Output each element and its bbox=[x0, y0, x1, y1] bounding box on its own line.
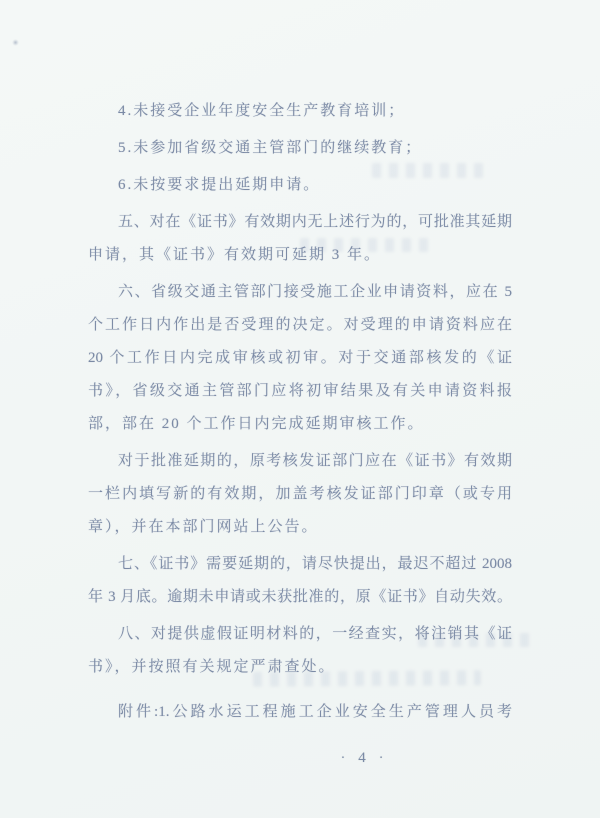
text-line: 书》，并按照有关规定严肃查处。 bbox=[88, 651, 512, 684]
list-item-6: 6.未按要求提出延期申请。 bbox=[88, 169, 512, 202]
text-line: 五、对在《证书》有效期内无上述行为的，可批准其延期 bbox=[88, 206, 512, 239]
text-line: 六、省级交通主管部门接受施工企业申请资料，应在 5 bbox=[88, 276, 512, 309]
page-number-right-dot: · bbox=[379, 742, 384, 775]
text-line: 书》，省级交通主管部门应将初审结果及有关申请资料报 bbox=[88, 375, 512, 408]
scanned-document-page: 4.未接受企业年度安全生产教育培训；5.未参加省级交通主管部门的继续教育；6.未… bbox=[0, 0, 600, 818]
para-approved-renewal-procedure: 对于批准延期的，原考核发证部门应在《证书》有效期一栏内填写新的有效期，加盖考核发… bbox=[88, 445, 512, 544]
page-number: 4 bbox=[358, 742, 366, 775]
text-line: 个工作日内作出是否受理的决定。对受理的申请资料应在 bbox=[88, 309, 512, 342]
text-line: 年 3 月底。逾期未申请或未获批准的，原《证书》自动失效。 bbox=[88, 581, 512, 614]
list-item-4: 4.未接受企业年度安全生产教育培训； bbox=[88, 95, 512, 128]
text-line: 4.未接受企业年度安全生产教育培训； bbox=[88, 95, 512, 128]
text-line: 八、对提供虚假证明材料的，一经查实，将注销其《证 bbox=[88, 618, 512, 651]
text-line: 章），并在本部门网站上公告。 bbox=[88, 511, 512, 544]
text-line: 一栏内填写新的有效期，加盖考核发证部门印章（或专用 bbox=[88, 478, 512, 511]
text-line: 部，部在 20 个工作日内完成延期审核工作。 bbox=[88, 408, 512, 441]
list-item-5: 5.未参加省级交通主管部门的继续教育； bbox=[88, 132, 512, 165]
page-footer: · 4 · bbox=[88, 742, 574, 775]
section-5-renewal-eligibility: 五、对在《证书》有效期内无上述行为的，可批准其延期申请，其《证书》有效期可延期 … bbox=[88, 206, 512, 272]
section-8-false-materials: 八、对提供虚假证明材料的，一经查实，将注销其《证书》，并按照有关规定严肃查处。 bbox=[88, 618, 512, 684]
scan-speck-artifact bbox=[12, 39, 19, 46]
text-line: 20 个工作日内完成审核或初审。对于交通部核发的《证 bbox=[88, 342, 512, 375]
page-number-left-dot: · bbox=[341, 742, 346, 775]
text-line: 申请，其《证书》有效期可延期 3 年。 bbox=[88, 239, 512, 272]
section-7-deadline-2008: 七、《证书》需要延期的，请尽快提出，最迟不超过 2008年 3 月底。逾期未申请… bbox=[88, 548, 512, 614]
attachment-note: 附件:1.公路水运工程施工企业安全生产管理人员考 bbox=[88, 696, 512, 729]
text-line: 5.未参加省级交通主管部门的继续教育； bbox=[88, 132, 512, 165]
section-6-processing-deadlines: 六、省级交通主管部门接受施工企业申请资料，应在 5个工作日内作出是否受理的决定。… bbox=[88, 276, 512, 441]
document-body: 4.未接受企业年度安全生产教育培训；5.未参加省级交通主管部门的继续教育；6.未… bbox=[88, 95, 512, 684]
text-line: 6.未按要求提出延期申请。 bbox=[88, 169, 512, 202]
attachment-line: 附件:1.公路水运工程施工企业安全生产管理人员考 bbox=[88, 696, 512, 729]
text-line: 对于批准延期的，原考核发证部门应在《证书》有效期 bbox=[88, 445, 512, 478]
text-line: 七、《证书》需要延期的，请尽快提出，最迟不超过 2008 bbox=[88, 548, 512, 581]
